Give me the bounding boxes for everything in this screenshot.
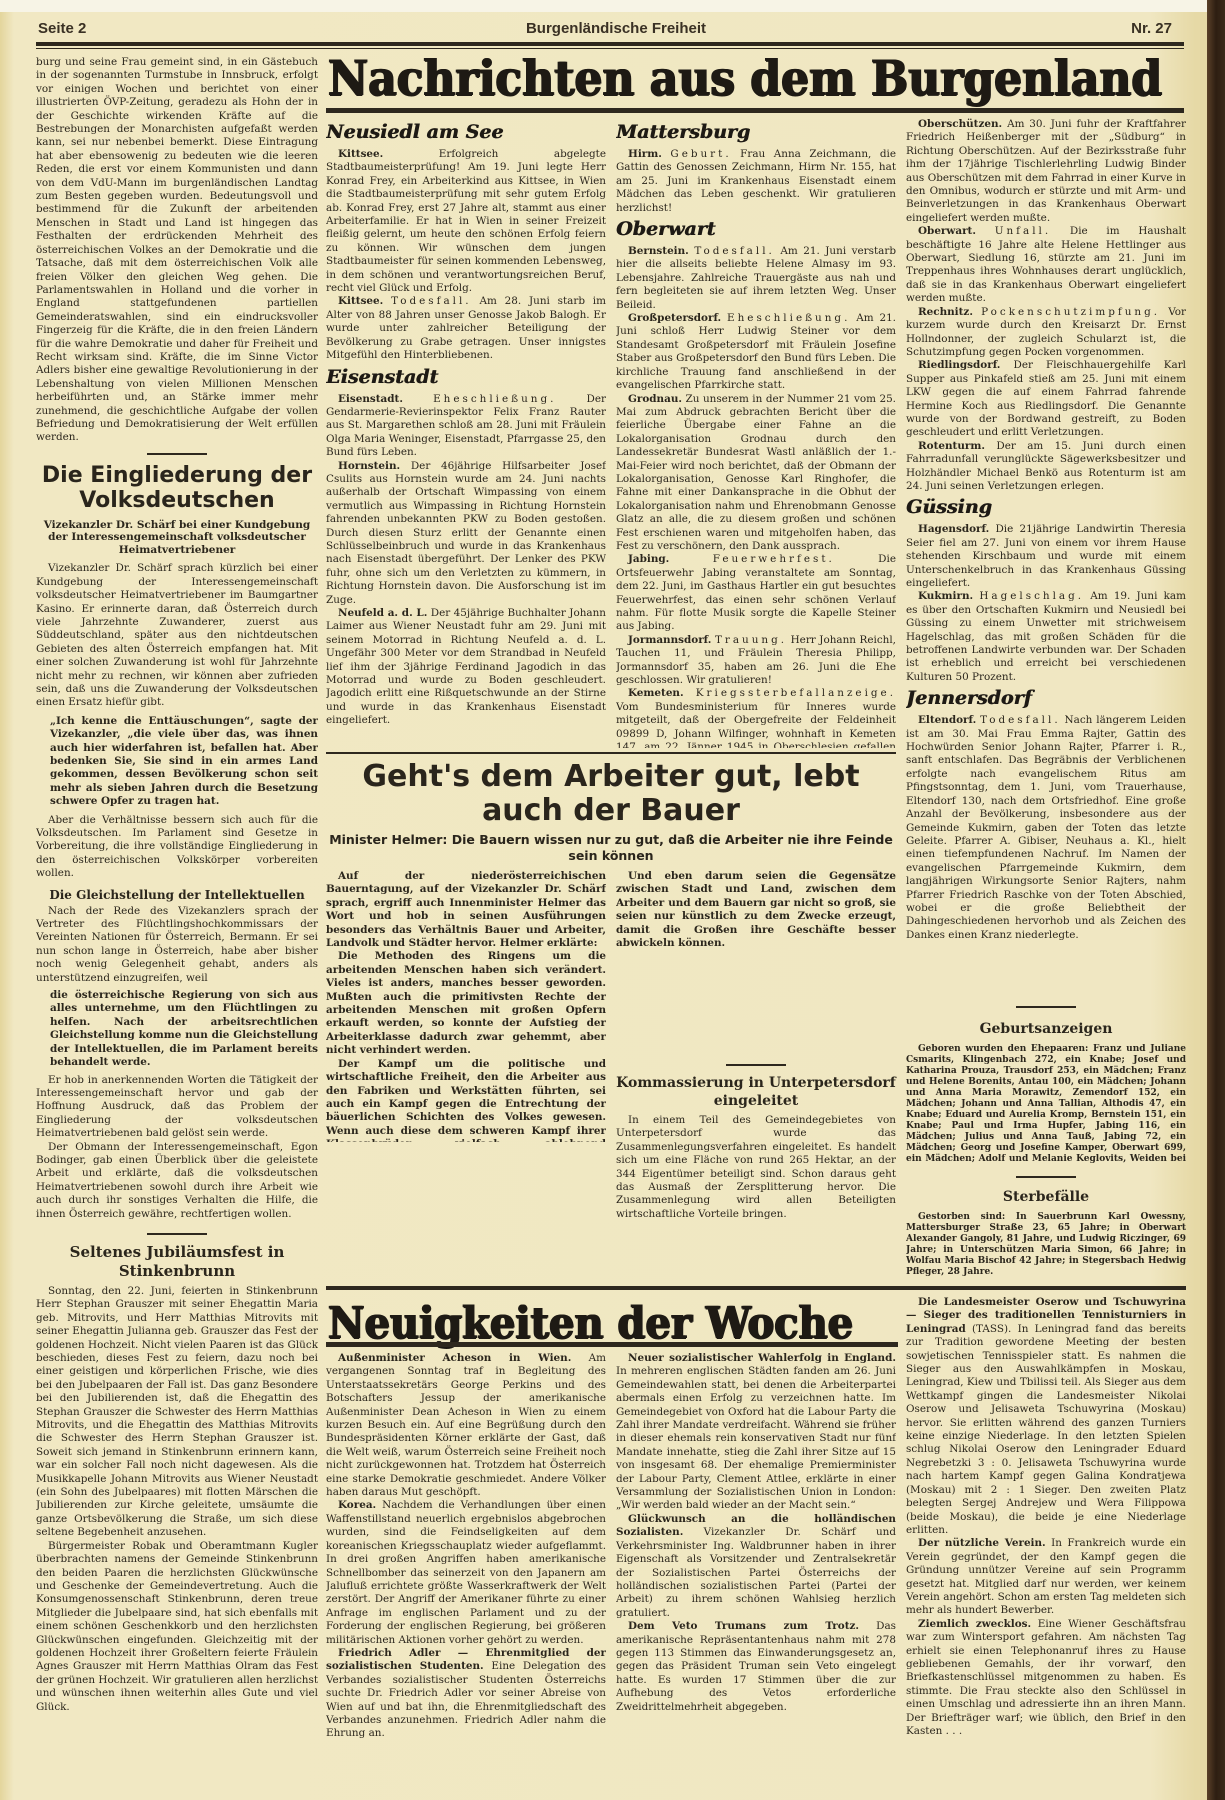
paper-top-edge — [0, 0, 1225, 12]
divider — [726, 1064, 786, 1066]
masthead: Seite 2 Burgenländische Freiheit Nr. 27 — [36, 18, 1196, 40]
article-paragraph: Aber die Verhältnisse bessern sich auch … — [36, 814, 318, 881]
regional-column-1: Neusiedl am SeeKittsee. Erfolgreich abge… — [326, 118, 606, 748]
region-heading: Jennersdorf — [906, 686, 1186, 710]
item-text: Vizekanzler Dr. Schärf und Verkehrsminis… — [616, 1526, 896, 1618]
news-item: Kemeten. Kriegssterbefallanzeige. Vom Bu… — [616, 687, 896, 748]
item-place: Kittsee. — [338, 148, 383, 160]
article-paragraph: Bürgermeister Robak und Oberamtmann Kugl… — [36, 1540, 318, 1714]
item-keyword: Eheschließung. — [727, 312, 850, 324]
item-place: Oberschützen. — [918, 118, 1002, 130]
region-heading: Mattersburg — [616, 120, 896, 144]
article-paragraph: Die Methoden des Ringens um die arbeiten… — [326, 950, 606, 1057]
item-place: Hagensdorf. — [918, 523, 989, 535]
divider — [147, 453, 207, 455]
item-place: Rotenturm. — [918, 440, 985, 452]
divider — [1016, 1006, 1076, 1008]
item-text: Am 30. Juni fuhr der Kraftfahrer Friedri… — [906, 118, 1186, 224]
weekly-news-item: Außenminister Acheson in Wien. Am vergan… — [326, 1352, 606, 1499]
item-keyword: Trauung. — [715, 634, 787, 646]
headline-kommassierung: Kommassierung in Unterpetersdorf eingele… — [616, 1074, 896, 1110]
weekly-news-item: Korea. Nachdem die Verhandlungen über ei… — [326, 1499, 606, 1646]
item-place: Kukmirn. — [918, 590, 973, 602]
item-text: Am 19. Juni kam es über den Ortschaften … — [906, 590, 1186, 682]
item-text: In mehreren englischen Städten fanden am… — [616, 1365, 896, 1511]
heading-deaths: Sterbefälle — [906, 1188, 1186, 1206]
item-place: Bernstein. — [628, 245, 689, 257]
news-item: Rotenturm. Der am 15. Juni durch einen F… — [906, 440, 1186, 494]
item-text: Nach längerem Leiden ist am 30. Mai Frau… — [906, 714, 1186, 941]
item-keyword: Feuerwehrfest. — [713, 553, 835, 565]
news-item: Grodnau. Zu unserem in der Nummer 21 vom… — [616, 393, 896, 554]
article-paragraph: Der Kampf um die politische und wirtscha… — [326, 1058, 606, 1142]
news-item: Hagensdorf. Die 21jährige Landwirtin The… — [906, 523, 1186, 590]
item-keyword: Pockenschutzimpfung. — [981, 306, 1160, 318]
paper-name: Burgenländische Freiheit — [36, 20, 1196, 37]
item-place: Riedlingsdorf. — [918, 359, 1000, 371]
headline-eingliederung: Die Eingliederung der Volksdeutschen — [36, 463, 318, 513]
weekly-column-3: Die Landesmeister Oserow und Tschuwyrina… — [906, 1296, 1186, 1792]
banner-regional-news: Nachrichten aus dem Burgenland — [328, 52, 1162, 107]
item-lead: Korea. — [338, 1499, 376, 1511]
item-text: Vom Bundesministerium für Inneres wurde … — [616, 701, 896, 748]
news-item: Eltendorf. Todesfall. Nach längerem Leid… — [906, 714, 1186, 942]
item-keyword: Todesfall. — [694, 245, 775, 257]
item-text: Das amerikanische Repräsentantenhaus nah… — [616, 1620, 896, 1712]
kommassierung-body: In einem Teil des Gemeindegebietes von U… — [616, 1114, 896, 1234]
article-paragraph: Sonntag, den 22. Juni, feierten in Stink… — [36, 1285, 318, 1540]
deaths-list: Gestorben sind: In Sauerbrunn Karl Owess… — [906, 1212, 1186, 1282]
weekly-top-rule — [326, 1286, 1186, 1290]
regional-column-2: MattersburgHirm. Geburt. Frau Anna Zeich… — [616, 118, 896, 748]
section-heading-gleichstellung: Die Gleichstellung der Intellektuellen — [36, 887, 318, 903]
deaths-text: Gestorben sind: In Sauerbrunn Karl Owess… — [906, 1212, 1186, 1278]
item-place: Neufeld a. d. L. — [338, 607, 427, 619]
weekly-news-item: Dem Veto Trumans zum Trotz. Das amerikan… — [616, 1620, 896, 1714]
region-heading: Eisenstadt — [326, 365, 606, 389]
item-keyword: Todesfall. — [980, 714, 1061, 726]
article-paragraph: Und eben darum seien die Gegensätze zwis… — [616, 870, 896, 950]
news-item: Jormannsdorf. Trauung. Herr Johann Reich… — [616, 634, 896, 688]
article-paragraph: Nach der Rede des Vizekanzlers sprach de… — [36, 905, 318, 985]
bold-block: die österreichische Regierung von sich a… — [36, 989, 318, 1069]
region-heading: Oberwart — [616, 217, 896, 241]
item-text: Zu unserem in der Nummer 21 vom 25. Mai … — [616, 393, 896, 552]
news-item: Kittsee. Todesfall. Am 28. Juni starb im… — [326, 295, 606, 362]
weekly-news-item: Friedrich Adler — Ehrenmitglied der sozi… — [326, 1647, 606, 1741]
headline-jubilaeum: Seltenes Jubiläumsfest in Stinkenbrunn — [56, 1243, 298, 1281]
item-place: Grodnau. — [628, 393, 682, 405]
item-lead: Der nützliche Verein. — [918, 1537, 1046, 1549]
item-place: Oberwart. — [918, 225, 976, 237]
article-paragraph: In einem Teil des Gemeindegebietes von U… — [616, 1114, 896, 1221]
weekly-column-1: Außenminister Acheson in Wien. Am vergan… — [326, 1352, 606, 1792]
region-heading: Güssing — [906, 495, 1186, 519]
item-place: Kittsee. — [338, 295, 383, 307]
weekly-banner-rule — [326, 1342, 898, 1347]
item-place: Jabing. — [628, 553, 669, 565]
item-text: Nachdem die Verhandlungen über einen Waf… — [326, 1499, 606, 1645]
weekly-column-2: Neuer sozialistischer Wahlerfolg in Engl… — [616, 1352, 896, 1792]
issue-number: Nr. 27 — [1131, 20, 1172, 37]
news-item: Großpetersdorf. Eheschließung. Am 21. Ju… — [616, 312, 896, 392]
news-item: Bernstein. Todesfall. Am 21. Juni versta… — [616, 245, 896, 312]
item-place: Hirm. — [628, 148, 662, 160]
news-item: Jabing. Feuerwehrfest. Die Ortsfeuerwehr… — [616, 553, 896, 633]
masthead-rule — [36, 42, 1184, 46]
quote-block: „Ich kenne die Enttäuschungen“, sagte de… — [36, 715, 318, 809]
item-place: Kemeten. — [628, 687, 684, 699]
births-text: Geboren wurden den Ehepaaren: Franz und … — [906, 1044, 1186, 1164]
news-item: Hirm. Geburt. Frau Anna Zeichmann, die G… — [616, 148, 896, 215]
weekly-news-item: Neuer sozialistischer Wahlerfolg in Engl… — [616, 1352, 896, 1513]
subheadline-bauer: Minister Helmer: Die Bauern wissen nur z… — [326, 832, 896, 864]
item-keyword: Hagelschlag. — [979, 590, 1084, 602]
article-paragraph: Vizekanzler Dr. Schärf sprach kürzlich b… — [36, 562, 318, 709]
newspaper-page: Seite 2 Burgenländische Freiheit Nr. 27 … — [0, 0, 1225, 1800]
item-keyword: Kriegssterbefallanzeige. — [696, 687, 896, 699]
item-keyword: Eheschließung. — [433, 393, 556, 405]
news-item: Rechnitz. Pockenschutzimpfung. Vor kurze… — [906, 306, 1186, 360]
weekly-news-item: Der nützliche Verein. In Frankreich wurd… — [906, 1537, 1186, 1617]
item-place: Rechnitz. — [918, 306, 973, 318]
weekly-news-item: Ziemlich zwecklos. Eine Wiener Geschäfts… — [906, 1618, 1186, 1739]
news-item: Hornstein. Der 46jährige Hilfsarbeiter J… — [326, 460, 606, 607]
weekly-news-item: Die Landesmeister Oserow und Tschuwyrina… — [906, 1296, 1186, 1537]
subheadline-eingliederung: Vizekanzler Dr. Schärf bei einer Kundgeb… — [36, 519, 318, 557]
item-lead: Ziemlich zwecklos. — [918, 1618, 1031, 1630]
item-text: (TASS). In Leningrad fand das bereits zu… — [906, 1323, 1186, 1536]
news-item: Kukmirn. Hagelschlag. Am 19. Juni kam es… — [906, 590, 1186, 684]
item-lead: Außenminister Acheson in Wien. — [338, 1352, 571, 1364]
births-list: Geboren wurden den Ehepaaren: Franz und … — [906, 1044, 1186, 1164]
item-text: Am vergangenen Sonntag traf in Begleitun… — [326, 1352, 606, 1498]
item-lead: Neuer sozialistischer Wahlerfolg in Engl… — [628, 1352, 896, 1364]
divider — [147, 1233, 207, 1235]
news-item: Eisenstadt. Eheschließung. Der Gendarmer… — [326, 393, 606, 460]
news-item: Oberwart. Unfall. Die im Haushalt beschä… — [906, 225, 1186, 305]
bauer-column-left: Auf der niederösterreichischen Bauerntag… — [326, 870, 606, 1142]
regional-column-3: Oberschützen. Am 30. Juni fuhr der Kraft… — [906, 118, 1186, 986]
article-rule — [326, 752, 896, 754]
banner-rule — [326, 108, 1184, 113]
item-keyword: Todesfall. — [391, 295, 472, 307]
item-place: Großpetersdorf. — [628, 312, 721, 324]
item-keyword: Unfall. — [995, 225, 1051, 237]
continued-article-text: burg und seine Frau gemeint sind, in ein… — [36, 56, 318, 445]
item-lead: Dem Veto Trumans zum Trotz. — [628, 1620, 859, 1632]
item-text: Der 45jährige Buchhalter Johann Laimer a… — [326, 607, 606, 726]
region-heading: Neusiedl am See — [326, 120, 606, 144]
item-text: Der 46jährige Hilfsarbeiter Josef Csulit… — [326, 460, 606, 606]
news-item: Riedlingsdorf. Der Fleischhauergehilfe K… — [906, 359, 1186, 439]
left-column: burg und seine Frau gemeint sind, in ein… — [36, 56, 318, 1796]
binding-spine — [1207, 0, 1225, 1800]
news-item: Oberschützen. Am 30. Juni fuhr der Kraft… — [906, 118, 1186, 225]
masthead-rule-thin — [36, 48, 1184, 49]
divider — [1016, 1176, 1076, 1178]
weekly-news-item: Glückwunsch an die holländischen Soziali… — [616, 1513, 896, 1620]
article-paragraph: Der Obmann der Interessengemeinschaft, E… — [36, 1141, 318, 1221]
item-place: Eltendorf. — [918, 714, 976, 726]
item-keyword: Geburt. — [670, 148, 731, 160]
heading-births: Geburtsanzeigen — [906, 1020, 1186, 1038]
article-paragraph: Auf der niederösterreichischen Bauerntag… — [326, 870, 606, 950]
article-paragraph: Er hob in anerkennenden Worten die Tätig… — [36, 1074, 318, 1141]
item-place: Eisenstadt. — [338, 393, 403, 405]
item-place: Hornstein. — [338, 460, 400, 472]
bauer-column-right: Und eben darum seien die Gegensätze zwis… — [616, 870, 896, 1060]
item-text: Eine Wiener Geschäftsfrau war zum Winter… — [906, 1618, 1186, 1737]
news-item: Neufeld a. d. L. Der 45jährige Buchhalte… — [326, 607, 606, 728]
item-text: Erfolgreich abgelegte Stadtbaumeisterprü… — [326, 148, 606, 294]
headline-bauer: Geht's dem Arbeiter gut, lebt auch der B… — [326, 760, 896, 828]
item-place: Jormannsdorf. — [628, 634, 711, 646]
news-item: Kittsee. Erfolgreich abgelegte Stadtbaum… — [326, 148, 606, 295]
